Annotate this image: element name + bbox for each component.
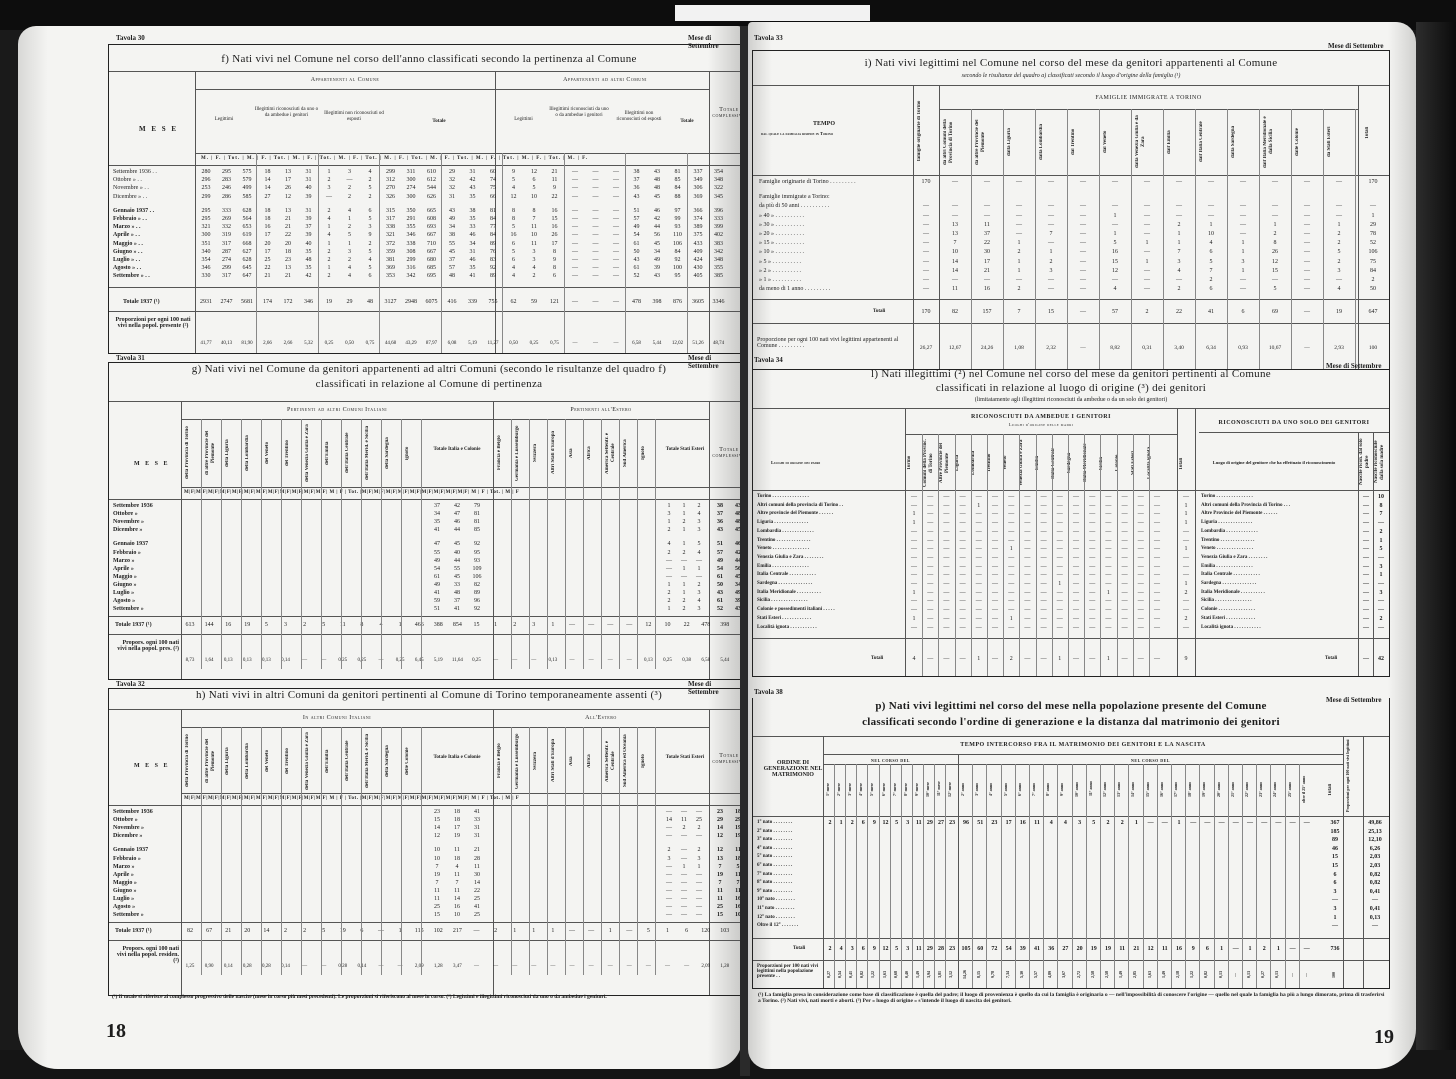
table-cell: — xyxy=(663,912,675,918)
table-cell: 2 xyxy=(678,550,690,556)
table-cell: — xyxy=(1020,607,1034,613)
table-cell: — xyxy=(1053,529,1067,535)
total-cell: 217 xyxy=(448,928,466,934)
table-cell: 2,03 xyxy=(1363,854,1387,860)
table-cell: 40 xyxy=(300,185,318,191)
table-cell: 106 xyxy=(1364,249,1382,255)
table-tavola-34: l) Nati illegittimi (²) nel Comune nel c… xyxy=(752,366,1390,677)
table-cell: 2 xyxy=(678,598,690,604)
table-cell: 25,13 xyxy=(1363,829,1387,835)
table-cell: 84 xyxy=(1364,268,1382,274)
table-cell: — xyxy=(607,169,625,175)
table-cell: 1 xyxy=(1106,213,1124,219)
table-cell: 7 xyxy=(1042,231,1060,237)
table-cell: 42 xyxy=(464,177,482,183)
table-cell: 18 xyxy=(449,856,465,862)
row-label: Sicilia . . . . . . . . . . . . . . . xyxy=(757,598,808,603)
row-label: Località ignota . . . . . . . . . . . xyxy=(1201,625,1261,630)
table-cell: — xyxy=(566,257,584,263)
row-label: Febbraio » xyxy=(113,856,141,862)
total-cell: 72 xyxy=(987,946,1001,952)
table-cell: — xyxy=(1234,277,1252,283)
table-cell: 95 xyxy=(469,550,485,556)
tavola-38-footnote: (¹) La famiglia presa in considerazione … xyxy=(758,992,1388,1004)
table-cell: 321 xyxy=(197,224,215,230)
table-cell: — xyxy=(956,494,970,500)
row-label: » 10 » . . . . . . . . . . xyxy=(759,249,804,255)
col-head: Francia e Belgio xyxy=(497,423,511,483)
table-cell: 17 xyxy=(978,259,996,265)
row-label: 11° nato . . . . . . . . xyxy=(757,906,794,911)
table-cell: 430 xyxy=(689,265,707,271)
table-cell: — xyxy=(1134,625,1148,631)
table-cell: — xyxy=(1134,572,1148,578)
tavola-30-title: f) Nati vivi nel Comune nel corso dell'a… xyxy=(109,53,742,65)
table-cell: 22 xyxy=(469,888,485,894)
table-cell: 100 xyxy=(669,265,687,271)
table-cell: 628 xyxy=(238,257,256,263)
table-cell: 5 xyxy=(1374,546,1388,552)
table-cell: — xyxy=(1266,203,1284,209)
table-cell: 14 xyxy=(429,825,445,831)
table-cell: — xyxy=(1085,616,1099,622)
table-cell: 14 xyxy=(946,268,964,274)
table-cell: — xyxy=(1010,231,1028,237)
table-cell: 41 xyxy=(449,606,465,612)
table-cell: — xyxy=(1179,494,1193,500)
rule xyxy=(753,299,1389,300)
table-cell: — xyxy=(907,555,921,561)
table-cell: — xyxy=(988,616,1002,622)
table-cell: 354 xyxy=(710,169,728,175)
table-cell: — xyxy=(1359,581,1373,587)
table-cell: — xyxy=(1074,213,1092,219)
total-cell: — xyxy=(1286,946,1300,952)
prop-row-label: Propors. ogni 100 nati vivi nella popol.… xyxy=(113,640,179,652)
table-cell: 9 xyxy=(361,232,379,238)
table-cell: — xyxy=(1170,203,1188,209)
table-cell: — xyxy=(1074,179,1092,185)
total-cell: 21 xyxy=(1129,946,1143,952)
column-rule xyxy=(1072,764,1073,988)
table-cell: 3 xyxy=(1327,889,1343,895)
table-cell: 374 xyxy=(689,216,707,222)
table-cell: 2 xyxy=(361,241,379,247)
table-cell: — xyxy=(1330,179,1348,185)
prop-cell: 5,30 xyxy=(1019,964,1027,986)
column-rule xyxy=(1114,764,1115,988)
table-cell: 18 xyxy=(259,208,277,214)
column-rule xyxy=(1157,764,1158,988)
prop-row-label: Propors. ogni 100 nati vivi nella popol.… xyxy=(113,946,179,964)
column-rule xyxy=(1185,764,1186,988)
table-cell: — xyxy=(1085,564,1099,570)
column-rule xyxy=(261,727,262,975)
table-cell: 25 xyxy=(429,904,445,910)
row-label: Agosto » . . xyxy=(113,265,141,271)
table-cell: — xyxy=(988,564,1002,570)
col-head: Totali xyxy=(1328,770,1342,810)
table-cell: 1 xyxy=(663,503,675,509)
column-rule xyxy=(529,419,530,669)
table-cell: — xyxy=(1134,494,1148,500)
column-rule xyxy=(565,419,566,669)
table-cell: 283 xyxy=(218,177,236,183)
row-label: Località ignota . . . . . . . . . . . xyxy=(757,625,817,630)
row-label: 3° nato . . . . . . . . xyxy=(757,837,792,842)
table-cell: — xyxy=(972,529,986,535)
col-head: 21° anno xyxy=(1230,766,1242,812)
table-cell: — xyxy=(1118,625,1132,631)
table-cell: 2 xyxy=(320,273,338,279)
column-rule xyxy=(655,419,656,669)
total-cell: 2 xyxy=(1257,946,1271,952)
table-cell: — xyxy=(946,203,964,209)
total-cell: 29 xyxy=(341,299,359,305)
column-rule xyxy=(1256,764,1257,988)
table-cell: 322 xyxy=(710,185,728,191)
table-cell: 43 xyxy=(464,185,482,191)
col-head: 15° anno xyxy=(1145,766,1157,812)
prop-cell: 6,08 xyxy=(441,341,463,346)
table-cell: 48 xyxy=(648,177,666,183)
table-cell: 1 xyxy=(1327,915,1343,921)
table-cell: 37 xyxy=(978,231,996,237)
prop-cell: 43,29 xyxy=(400,341,422,346)
table-cell: 89 xyxy=(484,273,502,279)
table-cell: — xyxy=(1053,511,1067,517)
table-cell: 17 xyxy=(1003,820,1015,826)
col-head: 14° anno xyxy=(1130,766,1142,812)
column-rule xyxy=(655,727,656,975)
table-cell: 20 xyxy=(279,241,297,247)
table-cell: 75 xyxy=(484,185,502,191)
table-cell: 0,41 xyxy=(1363,906,1387,912)
table-cell: 96 xyxy=(469,598,485,604)
table-cell: — xyxy=(1069,529,1083,535)
book-edge-right xyxy=(1416,22,1456,1079)
total-cell: 2948 xyxy=(402,299,420,305)
table-cell: 299 xyxy=(197,194,215,200)
row-label: 7° nato . . . . . . . . xyxy=(757,872,792,877)
group-head: In altri Comuni Italiani xyxy=(181,715,493,721)
table-cell: — xyxy=(587,216,605,222)
table-cell: — xyxy=(1085,598,1099,604)
total-cell: — xyxy=(1085,656,1099,662)
prop-cell: 10,67 xyxy=(1264,345,1286,351)
table-cell: — xyxy=(1179,625,1193,631)
table-cell: — xyxy=(1074,286,1092,292)
table-cell: — xyxy=(907,546,921,552)
col-head: della Venezia Giulia e Zara xyxy=(305,423,321,483)
table-cell: — xyxy=(988,625,1002,631)
table-cell: — xyxy=(972,590,986,596)
total-cell: 59 xyxy=(525,299,543,305)
table-cell: — xyxy=(1106,203,1124,209)
table-cell: 385 xyxy=(710,273,728,279)
table-cell: — xyxy=(956,503,970,509)
table-cell: — xyxy=(1134,520,1148,526)
table-cell: 50 xyxy=(713,582,727,588)
table-cell: — xyxy=(1085,538,1099,544)
col-head: della Venezia Giulia e Zara xyxy=(305,731,321,791)
table-cell: — xyxy=(1020,564,1034,570)
table-cell: 109 xyxy=(469,566,485,572)
col-head: 16° anno xyxy=(1159,766,1171,812)
row-label: Sardegna . . . . . . . . . . . . . . xyxy=(1201,581,1256,586)
col-head: del Trentino xyxy=(285,423,301,483)
table-cell: — xyxy=(1258,820,1270,826)
column-rule xyxy=(987,434,988,676)
table-cell: 43 xyxy=(648,169,666,175)
table-cell: — xyxy=(320,194,338,200)
table-cell: 56 xyxy=(648,232,666,238)
table-cell: 170 xyxy=(917,179,935,185)
table-cell: 299 xyxy=(382,169,400,175)
table-cell: — xyxy=(1118,590,1132,596)
table-cell: — xyxy=(693,809,705,815)
table-cell: — xyxy=(1234,203,1252,209)
table-cell: — xyxy=(1359,598,1373,604)
row-label: Maggio » xyxy=(113,880,137,886)
col-head: della Provincia di Torino xyxy=(185,731,201,791)
row-label: Colonie . . . . . . . . . . . . . . . xyxy=(1201,607,1255,612)
table-cell: — xyxy=(1020,581,1034,587)
table-cell: 5 xyxy=(525,185,543,191)
total-cell: 2931 xyxy=(197,299,215,305)
table-cell: 383 xyxy=(710,241,728,247)
table-cell: — xyxy=(923,598,937,604)
total-cell: 466 xyxy=(410,622,428,628)
table-cell: 43 xyxy=(713,527,727,533)
table-cell: — xyxy=(1069,503,1083,509)
col-head: del Veneto xyxy=(265,423,281,483)
row-label: Gennaio 1937 xyxy=(113,847,148,853)
rule xyxy=(753,323,1389,324)
table-cell: — xyxy=(1085,607,1099,613)
table-cell: 1 xyxy=(678,541,690,547)
table-cell: 54 xyxy=(628,232,646,238)
table-cell: 2 xyxy=(1330,240,1348,246)
table-cell: 31 xyxy=(464,169,482,175)
table-cell: 295 xyxy=(197,208,215,214)
table-cell: 1 xyxy=(907,590,921,596)
total-cell: 478 xyxy=(628,299,646,305)
table-cell: — xyxy=(1118,520,1132,526)
table-cell: — xyxy=(1134,503,1148,509)
col-head: Illegittimi non riconosciuti od esposti xyxy=(614,111,664,123)
table-cell: 45 xyxy=(648,241,666,247)
table-cell: 48 xyxy=(449,590,465,596)
table-cell: 0,13 xyxy=(1363,915,1387,921)
table-cell: 4 xyxy=(663,541,675,547)
table-cell: — xyxy=(663,825,675,831)
table-cell: 16 xyxy=(259,224,277,230)
table-cell: — xyxy=(939,555,953,561)
table-cell: 300 xyxy=(402,177,420,183)
table-cell: 43 xyxy=(628,194,646,200)
prop-cell: 14,26 xyxy=(962,964,970,986)
table-cell: 61 xyxy=(429,574,445,580)
table-cell: 10 xyxy=(1374,494,1388,500)
table-cell: — xyxy=(1363,897,1387,903)
table-cell: 355 xyxy=(710,265,728,271)
column-rule xyxy=(341,419,342,669)
column-rule xyxy=(241,727,242,975)
table-cell: 31 xyxy=(300,177,318,183)
table-cell: — xyxy=(1085,529,1099,535)
row-label: Novembre » xyxy=(113,825,144,831)
column-rule xyxy=(361,419,362,669)
table-cell: 2 xyxy=(1330,231,1348,237)
total-cell: — xyxy=(582,622,600,628)
table-cell: 43 xyxy=(628,257,646,263)
rule xyxy=(753,638,1389,639)
table-cell: 31 xyxy=(443,194,461,200)
column-rule xyxy=(379,153,380,353)
table-cell: 55 xyxy=(449,566,465,572)
table-cell: 274 xyxy=(218,257,236,263)
table-cell: — xyxy=(1085,590,1099,596)
column-rule xyxy=(912,764,913,988)
table-cell: 170 xyxy=(1364,179,1382,185)
col-head: Totali xyxy=(1179,446,1193,482)
table-cell: 2 xyxy=(663,598,675,604)
mf-header-row: M|F|M|F|M|F|M|F|M|F|M|F|M|F|M|F|M|F|M|F|… xyxy=(184,796,519,801)
column-rule xyxy=(529,727,530,975)
table-cell: 92 xyxy=(484,265,502,271)
table-cell: — xyxy=(678,574,690,580)
table-cell: 2 xyxy=(1202,277,1220,283)
row-label: Luglio » xyxy=(113,896,134,902)
table-cell: — xyxy=(972,572,986,578)
table-cell: 66 xyxy=(484,194,502,200)
column-rule xyxy=(923,764,924,988)
table-cell: — xyxy=(1138,286,1156,292)
col-head: della Lombardia xyxy=(245,731,261,791)
total-cell: — xyxy=(988,656,1002,662)
table-cell: 274 xyxy=(402,185,420,191)
table-cell: 346 xyxy=(197,265,215,271)
total-row-label: Totali xyxy=(793,946,805,951)
table-cell: — xyxy=(587,273,605,279)
table-cell: — xyxy=(566,232,584,238)
table-cell: — xyxy=(1359,590,1373,596)
prop-cell: 40,13 xyxy=(216,341,238,346)
table-cell: 31 xyxy=(469,825,485,831)
table-cell: — xyxy=(1374,581,1388,587)
table-cell: 82 xyxy=(469,582,485,588)
table-cell: 2 xyxy=(693,847,705,853)
table-cell: 12 xyxy=(713,833,727,839)
table-cell: — xyxy=(907,581,921,587)
table-cell: 1 xyxy=(678,864,690,870)
table-cell: 280 xyxy=(197,169,215,175)
table-cell: — xyxy=(1074,203,1092,209)
table-cell: — xyxy=(1004,607,1018,613)
table-cell: 18 xyxy=(259,169,277,175)
table-cell: 627 xyxy=(238,249,256,255)
table-cell: 7 xyxy=(1202,268,1220,274)
table-cell: — xyxy=(1118,494,1132,500)
row-label: Venezia Giulia e Zara . . . . . . . . xyxy=(1201,555,1267,560)
table-cell: 41 xyxy=(469,904,485,910)
total-cell: 339 xyxy=(464,299,482,305)
table-cell: 39 xyxy=(300,216,318,222)
col-head: 9° anno xyxy=(1059,766,1071,812)
table-cell: 35 xyxy=(429,519,445,525)
prop-cell: 0,40 xyxy=(904,964,912,986)
table-cell: 340 xyxy=(197,249,215,255)
row-header-ordine: ORDINE DI GENERAZIONE NEL MATRIMONIO xyxy=(763,760,823,778)
col-head: dall'Italia Centrale xyxy=(1199,113,1225,171)
page-number-right: 19 xyxy=(1374,1026,1394,1049)
table-cell: 2 xyxy=(1010,249,1028,255)
table-cell: 4 xyxy=(1045,820,1057,826)
table-cell: 42 xyxy=(449,503,465,509)
total-cell: 2 xyxy=(1138,309,1156,315)
table-cell: — xyxy=(1010,277,1028,283)
tavola-31-title-1: g) Nati vivi nel Comune da genitori appa… xyxy=(109,363,742,375)
col-head: della Sardegna xyxy=(385,423,401,483)
table-cell: 32 xyxy=(443,177,461,183)
table-cell: — xyxy=(1230,820,1242,826)
row-label: » 20 » . . . . . . . . . . xyxy=(759,231,804,237)
table-cell: 30 xyxy=(469,872,485,878)
table-cell: 13 xyxy=(279,169,297,175)
table-cell: 11 xyxy=(978,222,996,228)
table-cell: 17 xyxy=(546,241,564,247)
table-cell: 7 xyxy=(449,880,465,886)
table-cell: 35 xyxy=(300,249,318,255)
total-cell: 3605 xyxy=(689,299,707,305)
left-page: Tavola 30 Mese di Settembre f) Nati vivi… xyxy=(18,26,742,1069)
table-cell: — xyxy=(939,598,953,604)
table-cell: — xyxy=(1101,581,1115,587)
table-cell: — xyxy=(1118,503,1132,509)
table-cell: — xyxy=(1118,564,1132,570)
row-label: Ottobre » . . xyxy=(113,177,142,183)
table-cell: — xyxy=(1010,213,1028,219)
col-head: 18° anno xyxy=(1187,766,1199,812)
prop-cell: 0,75 xyxy=(359,341,381,346)
table-cell: 13 xyxy=(713,856,727,862)
total-cell: 27 xyxy=(1058,946,1072,952)
table-cell: — xyxy=(1074,222,1092,228)
prop-cell: — xyxy=(1072,345,1094,351)
table-cell: 93 xyxy=(469,558,485,564)
table-cell: — xyxy=(566,224,584,230)
row-label: Ottobre » xyxy=(113,817,138,823)
prop-cell: 1,28 xyxy=(714,964,736,969)
col-head: dalla Sardegna xyxy=(1231,113,1257,171)
table-cell: 23 xyxy=(429,809,445,815)
table-cell: — xyxy=(1150,581,1164,587)
table-cell: — xyxy=(1037,590,1051,596)
col-head: Trentino xyxy=(987,438,1001,488)
row-label: Novembre » . . xyxy=(113,185,149,191)
table-cell: — xyxy=(1085,520,1099,526)
col-head: Nascite riconosciute dalla sola madre xyxy=(1374,436,1387,488)
table-cell: 4 xyxy=(341,208,359,214)
column-rule xyxy=(1003,434,1004,676)
table-cell: — xyxy=(988,590,1002,596)
row-label: Altre Provincie del Piemonte . . . . . . xyxy=(1201,511,1277,516)
row-label: Aprile » xyxy=(113,872,134,878)
table-cell: 5 xyxy=(505,177,523,183)
table-cell: — xyxy=(566,194,584,200)
table-cell: 21 xyxy=(279,224,297,230)
